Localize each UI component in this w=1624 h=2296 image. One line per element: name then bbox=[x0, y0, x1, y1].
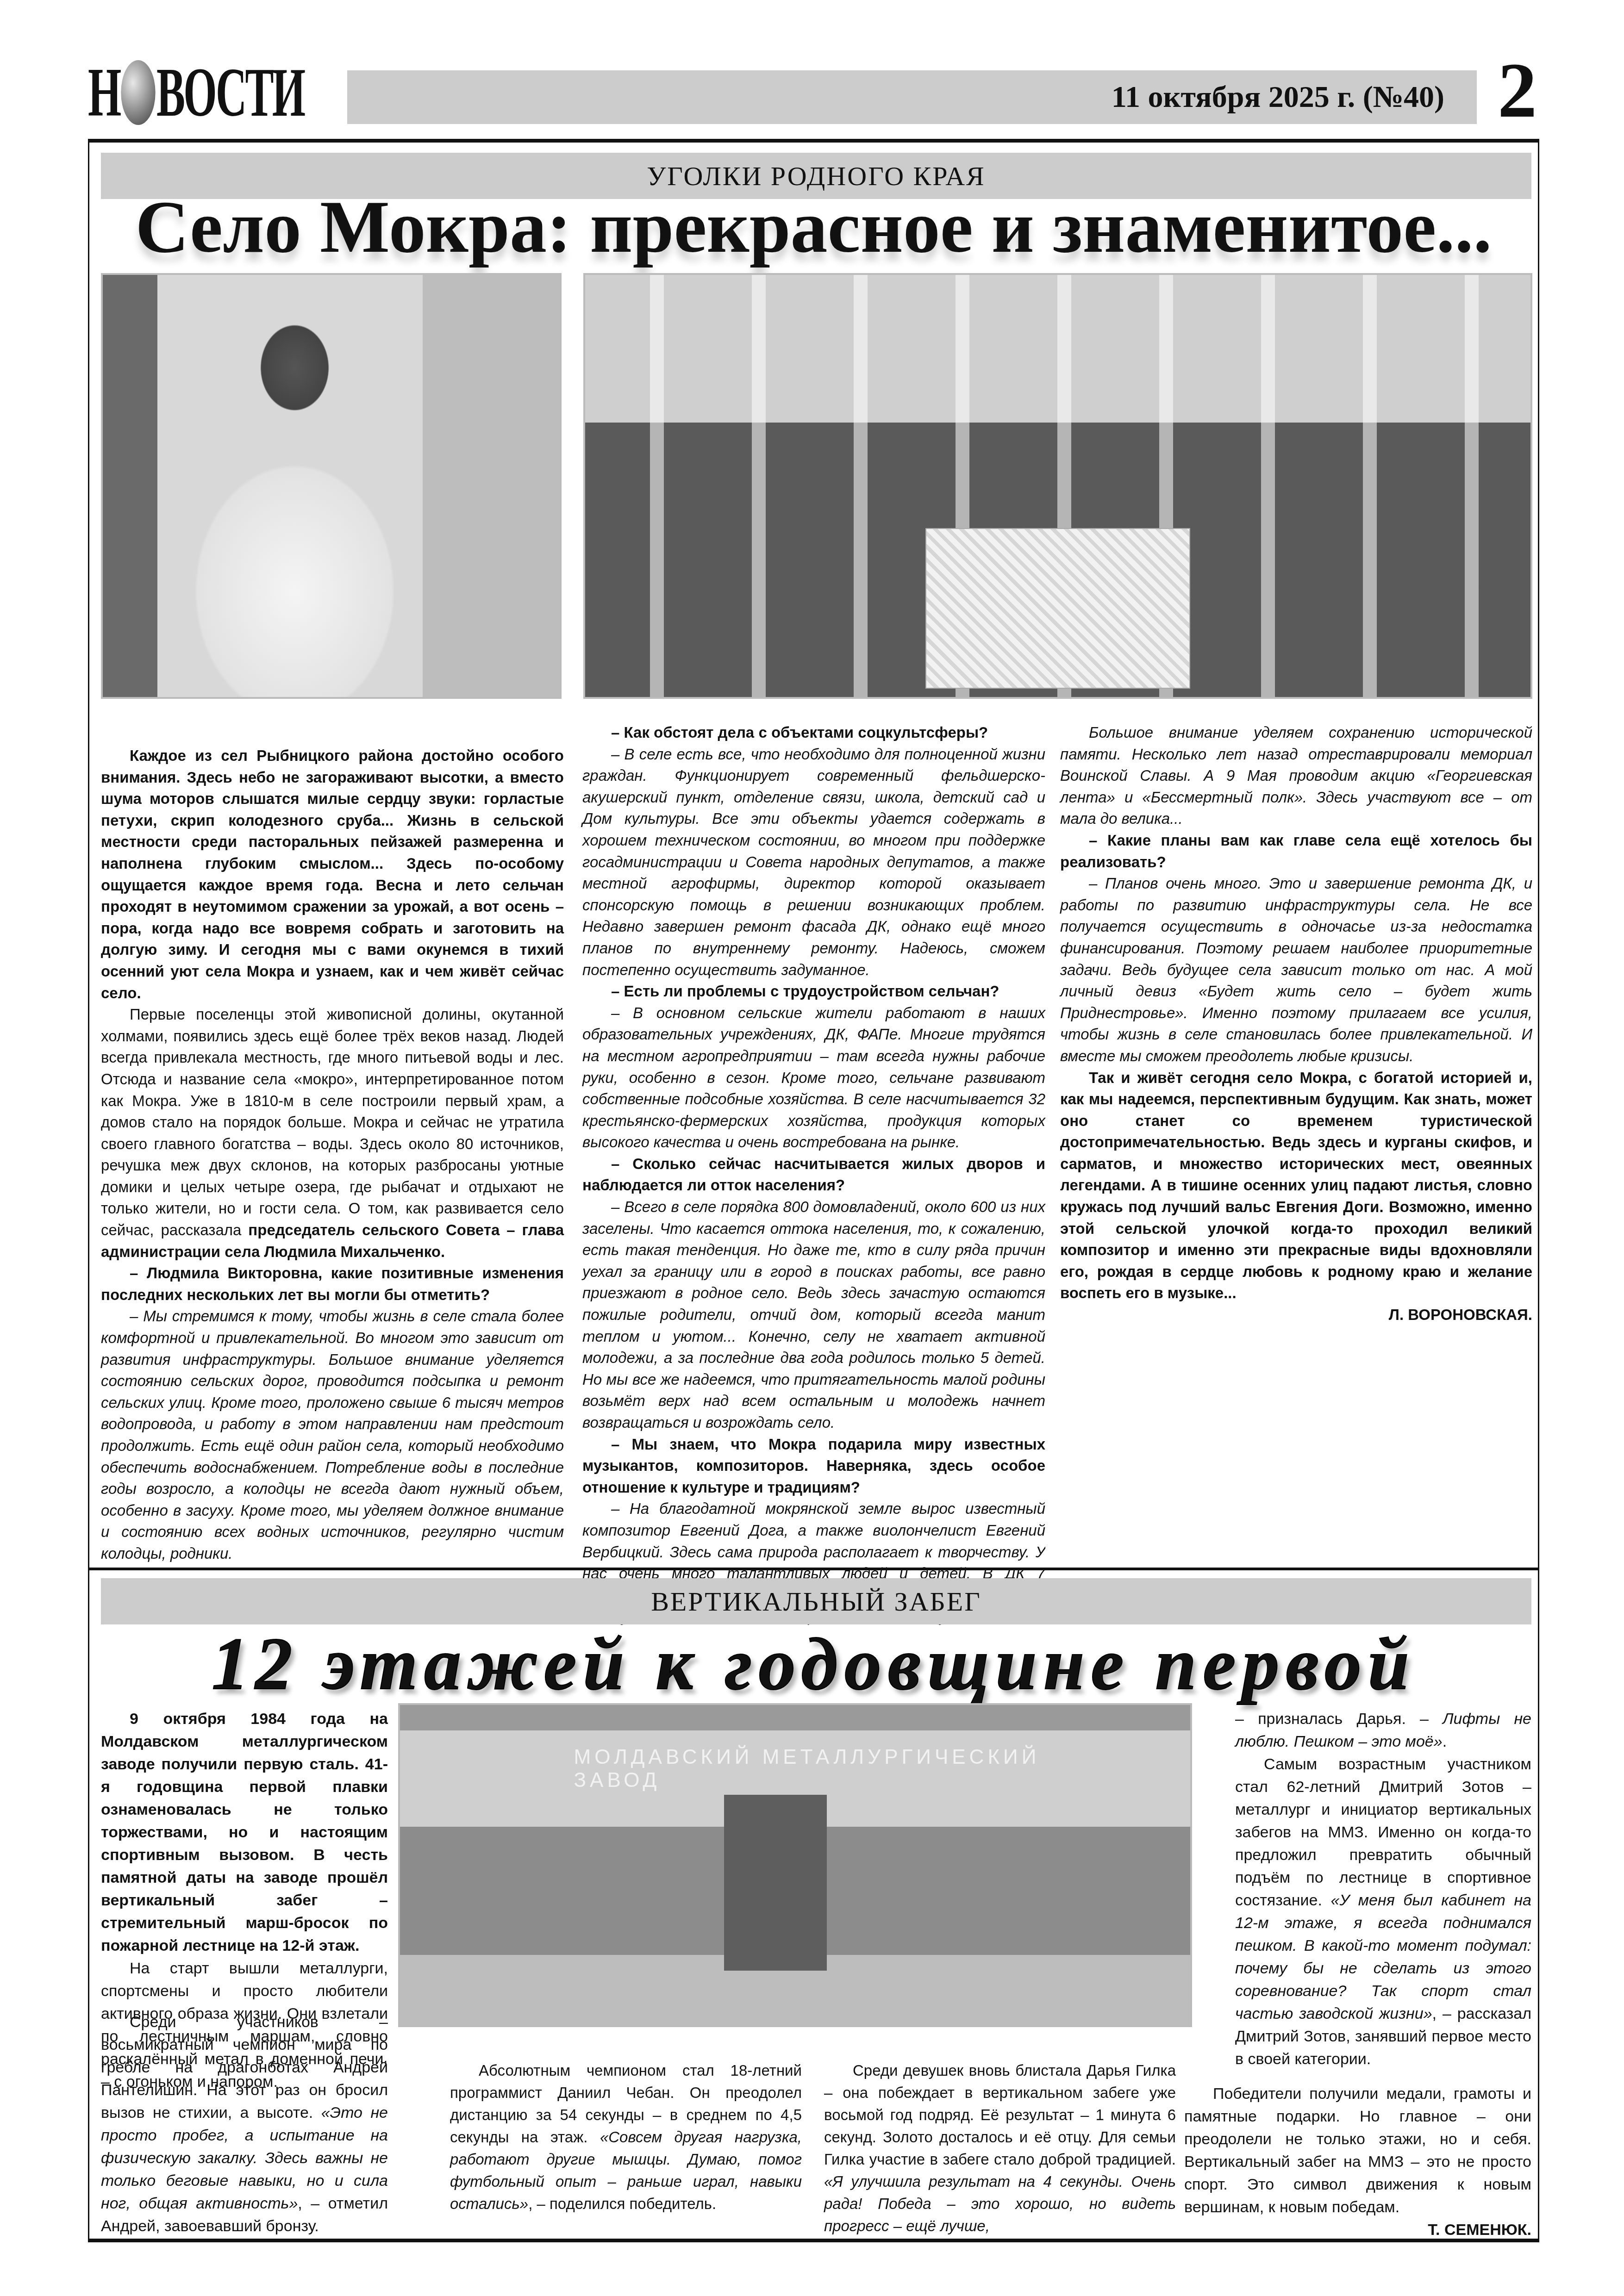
interview-question: – Есть ли проблемы с трудоустройством се… bbox=[582, 981, 1045, 1002]
quote: «У меня был кабинет на 12-м этаже, я все… bbox=[1235, 1892, 1531, 2022]
race-column-3: Среди девушек вновь блистала Дарья Гилка… bbox=[824, 2060, 1176, 2237]
author-signature: Т. СЕМЕНЮК. bbox=[1184, 2219, 1531, 2241]
interview-answer-cont: Большое внимание уделяем сохранению исто… bbox=[1060, 722, 1532, 830]
closing-paragraph: Так и живёт сегодня село Мокра, с богато… bbox=[1060, 1067, 1532, 1305]
embroidered-tablecloth bbox=[925, 528, 1190, 689]
group-photo[interactable] bbox=[583, 273, 1532, 699]
interview-answer: – В селе есть все, что необходимо для по… bbox=[582, 744, 1045, 981]
interview-answer: – Планов очень много. Это и завершение р… bbox=[1060, 873, 1532, 1067]
intro-text: Первые поселенцы этой живописной долины,… bbox=[101, 1006, 564, 1238]
newspaper-logo[interactable]: Н ВОСТИ bbox=[88, 60, 304, 125]
text: , – поделился победитель. bbox=[528, 2195, 716, 2212]
interview-question: – Мы знаем, что Мокра подарила миру изве… bbox=[582, 1434, 1045, 1499]
paragraph: Самым возрастным участником стал 62-летн… bbox=[1235, 1753, 1531, 2071]
page-number: 2 bbox=[1498, 51, 1537, 130]
masthead: Н ВОСТИ 11 октября 2025 г. (№40) 2 bbox=[88, 60, 1537, 125]
building-sign: МОЛДАВСКИЙ МЕТАЛЛУРГИЧЕСКИЙ ЗАВОД bbox=[574, 1760, 1064, 1779]
interview-question: – Сколько сейчас насчитывается жилых дво… bbox=[582, 1153, 1045, 1196]
interview-answer: – Всего в селе порядка 800 домовладений,… bbox=[582, 1196, 1045, 1434]
race-column-2: Абсолютным чемпионом стал 18-летний прог… bbox=[450, 2060, 802, 2215]
text: – призналась Дарья. – bbox=[1235, 1710, 1443, 1728]
lead-paragraph: 9 октября 1984 года на Молдавском металл… bbox=[101, 1708, 388, 1957]
text: Среди девушек вновь блистала Дарья Гилка… bbox=[824, 2062, 1176, 2168]
race-column-4b: Победители получили медали, грамоты и па… bbox=[1184, 2083, 1531, 2241]
race-group-photo[interactable]: МОЛДАВСКИЙ МЕТАЛЛУРГИЧЕСКИЙ ЗАВОД bbox=[398, 1703, 1192, 2027]
memorial-stone bbox=[724, 1795, 827, 1971]
paragraph: Победители получили медали, грамоты и па… bbox=[1184, 2083, 1531, 2219]
lead-paragraph: Каждое из сел Рыбницкого района достойно… bbox=[101, 745, 564, 1004]
article-column-1: Каждое из сел Рыбницкого района достойно… bbox=[101, 745, 564, 1565]
article-column-2: – Как обстоят дела с объектами соцкультс… bbox=[582, 722, 1045, 1628]
rubric-bar: ВЕРТИКАЛЬНЫЙ ЗАБЕГ bbox=[101, 1578, 1531, 1624]
interview-question: – Какие планы вам как главе села ещё хот… bbox=[1060, 830, 1532, 873]
article-column-3: Большое внимание уделяем сохранению исто… bbox=[1060, 722, 1532, 1326]
globe-icon bbox=[121, 60, 155, 125]
article-headline: Село Мокра: прекрасное и знаменитое... bbox=[88, 190, 1539, 264]
intro-paragraph: Первые поселенцы этой живописной долины,… bbox=[101, 1004, 564, 1263]
interview-answer: – В основном сельские жители работают в … bbox=[582, 1002, 1045, 1153]
rubric-label: ВЕРТИКАЛЬНЫЙ ЗАБЕГ bbox=[651, 1586, 981, 1617]
paragraph-cont: – призналась Дарья. – Лифты не люблю. Пе… bbox=[1235, 1708, 1531, 1753]
paragraph: Абсолютным чемпионом стал 18-летний прог… bbox=[450, 2060, 802, 2215]
author-signature: Л. ВОРОНОВСКАЯ. bbox=[1060, 1304, 1532, 1326]
text: . bbox=[1443, 1733, 1447, 1750]
text: Самым возрастным участником стал 62-летн… bbox=[1235, 1755, 1531, 1909]
issue-date-bar: 11 октября 2025 г. (№40) bbox=[347, 70, 1477, 124]
issue-date: 11 октября 2025 г. (№40) bbox=[1112, 80, 1444, 115]
interview-answer: – Мы стремимся к тому, чтобы жизнь в сел… bbox=[101, 1306, 564, 1564]
paragraph: Среди участников – восьмикратный чемпион… bbox=[101, 2011, 388, 2238]
portrait-photo[interactable] bbox=[101, 273, 562, 699]
interview-question: – Людмила Викторовна, какие позитивные и… bbox=[101, 1263, 564, 1306]
logo-rest: ВОСТИ bbox=[156, 58, 304, 127]
logo-letter-n: Н bbox=[88, 58, 120, 127]
race-column-4: – призналась Дарья. – Лифты не люблю. Пе… bbox=[1235, 1708, 1531, 2071]
quote: «Я улучшила результат на 4 секунды. Очен… bbox=[824, 2173, 1176, 2234]
interview-question: – Как обстоят дела с объектами соцкультс… bbox=[582, 722, 1045, 744]
race-column-1-lower: Среди участников – восьмикратный чемпион… bbox=[101, 2011, 388, 2238]
paragraph: Среди девушек вновь блистала Дарья Гилка… bbox=[824, 2060, 1176, 2237]
